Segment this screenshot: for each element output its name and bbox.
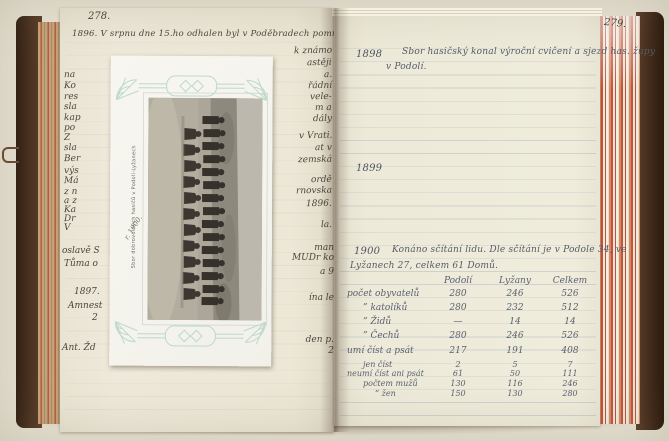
handwriting-fragment: 2 xyxy=(92,313,98,323)
cell-value: 280 xyxy=(550,389,590,398)
row-label: počet obyvatelů xyxy=(347,289,419,299)
handwriting-fragment: sla xyxy=(64,143,77,153)
cell-value: — xyxy=(438,317,478,327)
entry-year: 1898 xyxy=(356,49,382,60)
gutter-page-edges xyxy=(332,8,602,16)
cell-value: 61 xyxy=(438,369,478,378)
entry-line: Lyžanech 27, celkem 61 Domů. xyxy=(350,261,498,271)
cell-value: 246 xyxy=(495,289,535,299)
cell-value: 408 xyxy=(550,346,590,356)
cell-value: 130 xyxy=(495,389,535,398)
cell-value: 14 xyxy=(550,317,590,327)
entry-line: Sbor hasičský konal výroční cvičení a sj… xyxy=(402,47,655,57)
table-row: ” Čechů 280 246 526 xyxy=(345,331,597,343)
table-header: Lyžany xyxy=(495,276,535,286)
chronicle-book-photo: 278. 1896. V srpnu dne 15.ho odhalen byl… xyxy=(0,0,669,441)
table-header: Podolí xyxy=(438,276,478,286)
row-label: počtem mužů xyxy=(363,379,418,388)
book-tie xyxy=(2,147,19,163)
cell-value: 50 xyxy=(495,369,535,378)
cell-value: 2 xyxy=(438,360,478,369)
handwriting-fragment: Tůma o xyxy=(64,259,98,269)
handwriting-fragment: sla xyxy=(64,102,77,112)
cell-value: 280 xyxy=(438,289,478,299)
entry-year: 1899 xyxy=(356,163,382,174)
page-stack-right-edge xyxy=(596,16,640,424)
cell-value: 280 xyxy=(438,331,478,341)
table-row: ” katolíků 280 232 512 xyxy=(345,303,597,315)
cell-value: 280 xyxy=(438,303,478,313)
census-table: Podolí Lyžany Celkem počet obyvatelů 280… xyxy=(345,276,597,406)
cell-value: 5 xyxy=(495,360,535,369)
photo-caption: Sbor dobrovolných hasičů v Podolí-Lyžane… xyxy=(131,119,138,295)
page-number-right: 279. xyxy=(603,17,626,30)
table-row: ” žen 150 130 280 xyxy=(345,389,597,401)
cell-value: 217 xyxy=(438,346,478,356)
row-label: ” žen xyxy=(375,389,396,398)
cell-value: 130 xyxy=(438,379,478,388)
handwriting-fragment: 1897. xyxy=(74,287,100,297)
handwriting-fragment: na xyxy=(64,70,75,80)
table-header: Celkem xyxy=(550,276,590,286)
entry-year: 1900 xyxy=(354,246,380,257)
handwriting-fragment: Ko xyxy=(64,81,76,91)
gutter-shadow xyxy=(320,8,350,432)
cell-value: 111 xyxy=(550,369,590,378)
page-number-left: 278. xyxy=(88,11,110,22)
row-label: ” Židů xyxy=(363,317,391,327)
handwriting-fragment: po xyxy=(64,123,75,133)
cell-value: 526 xyxy=(550,331,590,341)
row-label: neumí číst ani psát xyxy=(347,369,424,378)
photo-card: Sbor dobrovolných hasičů v Podolí-Lyžane… xyxy=(109,56,273,367)
row-label: ” Čechů xyxy=(363,331,399,341)
handwriting-fragment: kap xyxy=(64,113,81,123)
entry-line: v Podolí. xyxy=(386,62,427,72)
book-cover-right xyxy=(636,12,664,430)
cell-value: 526 xyxy=(550,289,590,299)
entry-line: Konáno sčítání lidu. Dle sčítání je v Po… xyxy=(392,245,627,255)
handwriting-fragment: oslavě S xyxy=(62,246,100,256)
cell-value: 191 xyxy=(495,346,535,356)
cell-value: 14 xyxy=(495,317,535,327)
cell-value: 116 xyxy=(495,379,535,388)
cell-value: 232 xyxy=(495,303,535,313)
cell-value: 150 xyxy=(438,389,478,398)
group-photo xyxy=(147,98,262,321)
handwriting-fragment: Z xyxy=(64,133,70,143)
row-label: jen číst xyxy=(363,360,392,369)
cell-value: 246 xyxy=(550,379,590,388)
handwriting-fragment: Ber xyxy=(64,154,80,164)
handwriting-fragment: výs xyxy=(64,166,79,176)
cell-value: 7 xyxy=(550,360,590,369)
table-row: počet obyvatelů 280 246 526 xyxy=(345,289,597,301)
table-row: ” Židů — 14 14 xyxy=(345,317,597,329)
cell-value: 246 xyxy=(495,331,535,341)
handwriting-fragment: Amnest xyxy=(68,301,102,311)
row-label: umí číst a psát xyxy=(347,346,414,356)
handwriting-fragment: Ant. Žd xyxy=(62,343,96,353)
handwriting-fragment: res xyxy=(64,92,78,102)
row-label: ” katolíků xyxy=(363,303,407,313)
table-row: umí číst a psát 217 191 408 xyxy=(345,346,597,358)
handwriting-fragment: V xyxy=(64,223,71,233)
cell-value: 512 xyxy=(550,303,590,313)
handwriting-fragment: Má xyxy=(64,176,79,186)
